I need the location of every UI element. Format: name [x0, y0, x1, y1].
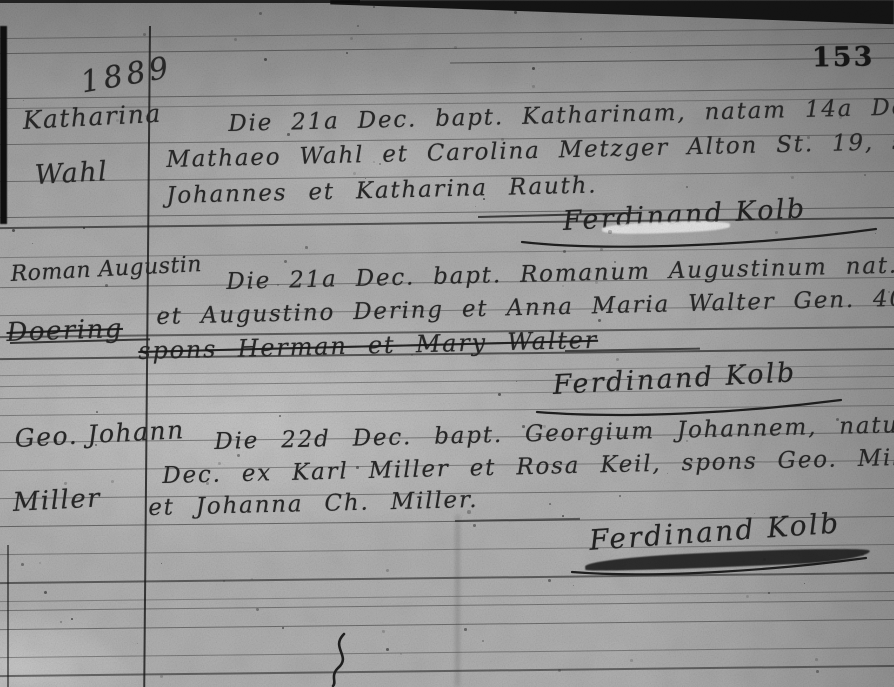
speckle [279, 415, 281, 417]
speckle [353, 172, 356, 175]
ruled-line [0, 647, 894, 658]
speckle [475, 206, 476, 207]
top-scan-band [330, 0, 894, 27]
speckle [160, 675, 163, 678]
speckle [137, 643, 138, 644]
speckle [573, 585, 574, 586]
speckle [454, 46, 457, 49]
speckle [746, 595, 749, 598]
speckle [305, 246, 308, 249]
speckle [686, 186, 688, 188]
speckle [548, 579, 551, 582]
entry-body-line: et Johanna Ch. Miller. [148, 487, 479, 521]
speckle [251, 578, 253, 580]
speckle [616, 358, 619, 361]
speckle [21, 563, 24, 566]
speckle [382, 630, 385, 633]
ruled-line [0, 28, 894, 39]
ink-squiggle [322, 632, 362, 687]
speckle [111, 480, 114, 483]
speckle [264, 58, 267, 61]
speckle [60, 621, 62, 623]
speckle [532, 67, 535, 70]
top-edge-line [0, 0, 360, 3]
speckle [804, 583, 805, 584]
entry-signature: Ferdinand Kolb [552, 357, 797, 401]
speckle [96, 411, 98, 413]
crease-line [456, 515, 459, 687]
entry-name-line: Katharina [22, 99, 162, 135]
entry-name-line: Miller [12, 483, 102, 518]
left-margin-bar [0, 26, 7, 224]
page-number: 153 [812, 41, 875, 73]
speckle [473, 524, 476, 527]
ruled-line [0, 665, 894, 677]
speckle [598, 319, 601, 322]
scanned-register-page: 153 1889 Katharina Wahl Die 21a Dec. bap… [0, 0, 894, 687]
speckle [105, 284, 108, 287]
speckle [44, 591, 47, 594]
speckle [32, 243, 33, 244]
speckle [580, 38, 582, 40]
entry-name-line: Roman Augustin [10, 252, 203, 287]
speckle [498, 393, 501, 396]
speckle [562, 515, 564, 517]
speckle [284, 260, 287, 263]
entry-body-line: Johannes et Katharina Rauth. [166, 172, 598, 209]
speckle [619, 495, 621, 497]
speckle [39, 562, 41, 564]
speckle [768, 592, 770, 594]
speckle [12, 229, 15, 232]
speckle [237, 454, 240, 457]
speckle [630, 659, 633, 662]
entry-name-line: Geo. Johann [14, 415, 185, 453]
speckle [223, 580, 225, 582]
speckle [282, 627, 284, 629]
speckle [256, 608, 259, 611]
left-margin-line [7, 545, 9, 687]
speckle [143, 33, 146, 36]
speckle [23, 100, 24, 101]
speckle [514, 11, 517, 14]
speckle [464, 628, 467, 631]
speckle [791, 176, 794, 179]
speckle [373, 6, 375, 8]
speckle [400, 653, 402, 655]
speckle [516, 381, 517, 382]
speckle [864, 174, 866, 176]
speckle [350, 37, 353, 40]
flourish-dash [455, 518, 580, 522]
speckle [532, 85, 535, 88]
speckle [83, 227, 85, 229]
speckle [234, 38, 237, 41]
speckle [816, 670, 819, 673]
speckle [815, 658, 818, 661]
speckle [161, 563, 162, 564]
entry-body-line: Die 21a Dec. bapt. Katharinam, natam 14a… [228, 93, 894, 137]
ruled-line [0, 619, 894, 630]
speckle [630, 52, 631, 53]
speckle [346, 52, 348, 54]
ruled-line [0, 43, 894, 54]
speckle [386, 648, 389, 651]
entry-body-line-struck: spons Herman et Mary Walter [138, 326, 598, 365]
speckle [482, 640, 484, 642]
ruled-line [0, 600, 894, 611]
speckle [71, 618, 73, 620]
speckle [259, 12, 262, 15]
speckle [558, 669, 561, 672]
year-label: 1889 [78, 50, 175, 101]
ruled-line [0, 591, 894, 602]
speckle [549, 503, 551, 505]
speckle [386, 569, 389, 572]
entry-name-line: Wahl [34, 156, 109, 191]
speckle [357, 25, 359, 27]
